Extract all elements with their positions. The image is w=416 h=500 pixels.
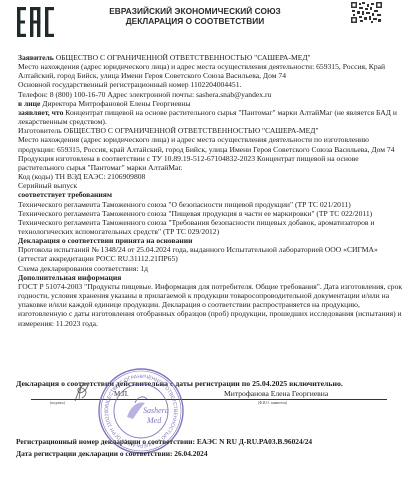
union-title: ЕВРАЗИЙСКИЙ ЭКОНОМИЧЕСКИЙ СОЮЗ [95, 6, 295, 16]
product-tn-ved: Код (коды) ТН ВЭД ЕАЭС: 2106909808 [18, 172, 403, 181]
applicant-label: Заявитель [18, 53, 54, 62]
manufacturer-label: Изготовитель [18, 126, 62, 135]
manufacturer-name: ОБЩЕСТВО С ОГРАНИЧЕННОЙ ОТВЕТСТВЕННОСТЬЮ… [64, 126, 319, 135]
declares-text: Концентрат пищевой на основе растительно… [18, 108, 397, 126]
applicant-name: ОБЩЕСТВО С ОГРАНИЧЕННОЙ ОТВЕТСТВЕННОСТЬЮ… [56, 53, 311, 62]
requirement-item: Технического регламента Таможенного союз… [18, 209, 403, 218]
declares-line: заявляет, что Концентрат пищевой на осно… [18, 108, 403, 126]
applicant-address: Место нахождения (адрес юридического лиц… [18, 62, 403, 80]
registration-number: Регистрационный номер декларации о соотв… [16, 437, 312, 446]
requirements-label: соответствует требованиям [18, 190, 403, 199]
signature-line [31, 399, 387, 400]
represented-label: в лице [18, 99, 40, 108]
document-header: ЕВРАЗИЙСКИЙ ЭКОНОМИЧЕСКИЙ СОЮЗ ДЕКЛАРАЦИ… [95, 6, 295, 26]
signer-name: Митрофанова Елена Георгиевна [224, 389, 328, 398]
requirement-item: Технического регламента Таможенного союз… [18, 200, 403, 209]
svg-text:Med: Med [146, 416, 162, 425]
applicant-line: Заявитель ОБЩЕСТВО С ОГРАНИЧЕННОЙ ОТВЕТС… [18, 53, 403, 62]
requirement-item: Технического регламента Таможенного союз… [18, 218, 403, 236]
applicant-contacts: Телефон: 8 (800) 100-16-70 Адрес электро… [18, 90, 403, 99]
additional-text: ГОСТ Р 51074-2003 "Продукты пищевые. Инф… [18, 282, 403, 328]
represented-line: в лице Директора Митрофановой Елены Геор… [18, 99, 403, 108]
signer-name-label: (Ф.И.О. заявителя) [258, 401, 287, 405]
basis-scheme: Схема декларирования соответствия: 1д [18, 264, 403, 273]
applicant-ogrn: Основной государственный регистрационный… [18, 80, 403, 89]
basis-protocol: Протокола испытаний № 1348/24 от 25.04.2… [18, 245, 403, 263]
additional-label: Дополнительная информация [18, 273, 403, 282]
basis-label: Декларация о соответствии принята на осн… [18, 236, 403, 245]
signature-label: (подпись) [50, 401, 65, 405]
eac-logo-icon [15, 5, 57, 39]
registration-date: Дата регистрации декларации о соответств… [16, 449, 208, 458]
document-title: ДЕКЛАРАЦИЯ О СООТВЕТСТВИИ [95, 16, 295, 26]
svg-text:Sashera: Sashera [143, 406, 169, 415]
qr-code-icon [351, 2, 382, 23]
manufacturer-line: Изготовитель ОБЩЕСТВО С ОГРАНИЧЕННОЙ ОТВ… [18, 126, 403, 135]
represented-by: Директора Митрофановой Елены Георгиевны [42, 99, 190, 108]
product-release: Серийный выпуск [18, 181, 403, 190]
manufacturer-address: Место нахождения (адрес юридического лиц… [18, 135, 403, 153]
declares-label: заявляет, что [18, 108, 63, 117]
declaration-body: Заявитель ОБЩЕСТВО С ОГРАНИЧЕННОЙ ОТВЕТС… [18, 53, 403, 328]
product-spec: Продукция изготовлена в соответствии с Т… [18, 154, 403, 172]
